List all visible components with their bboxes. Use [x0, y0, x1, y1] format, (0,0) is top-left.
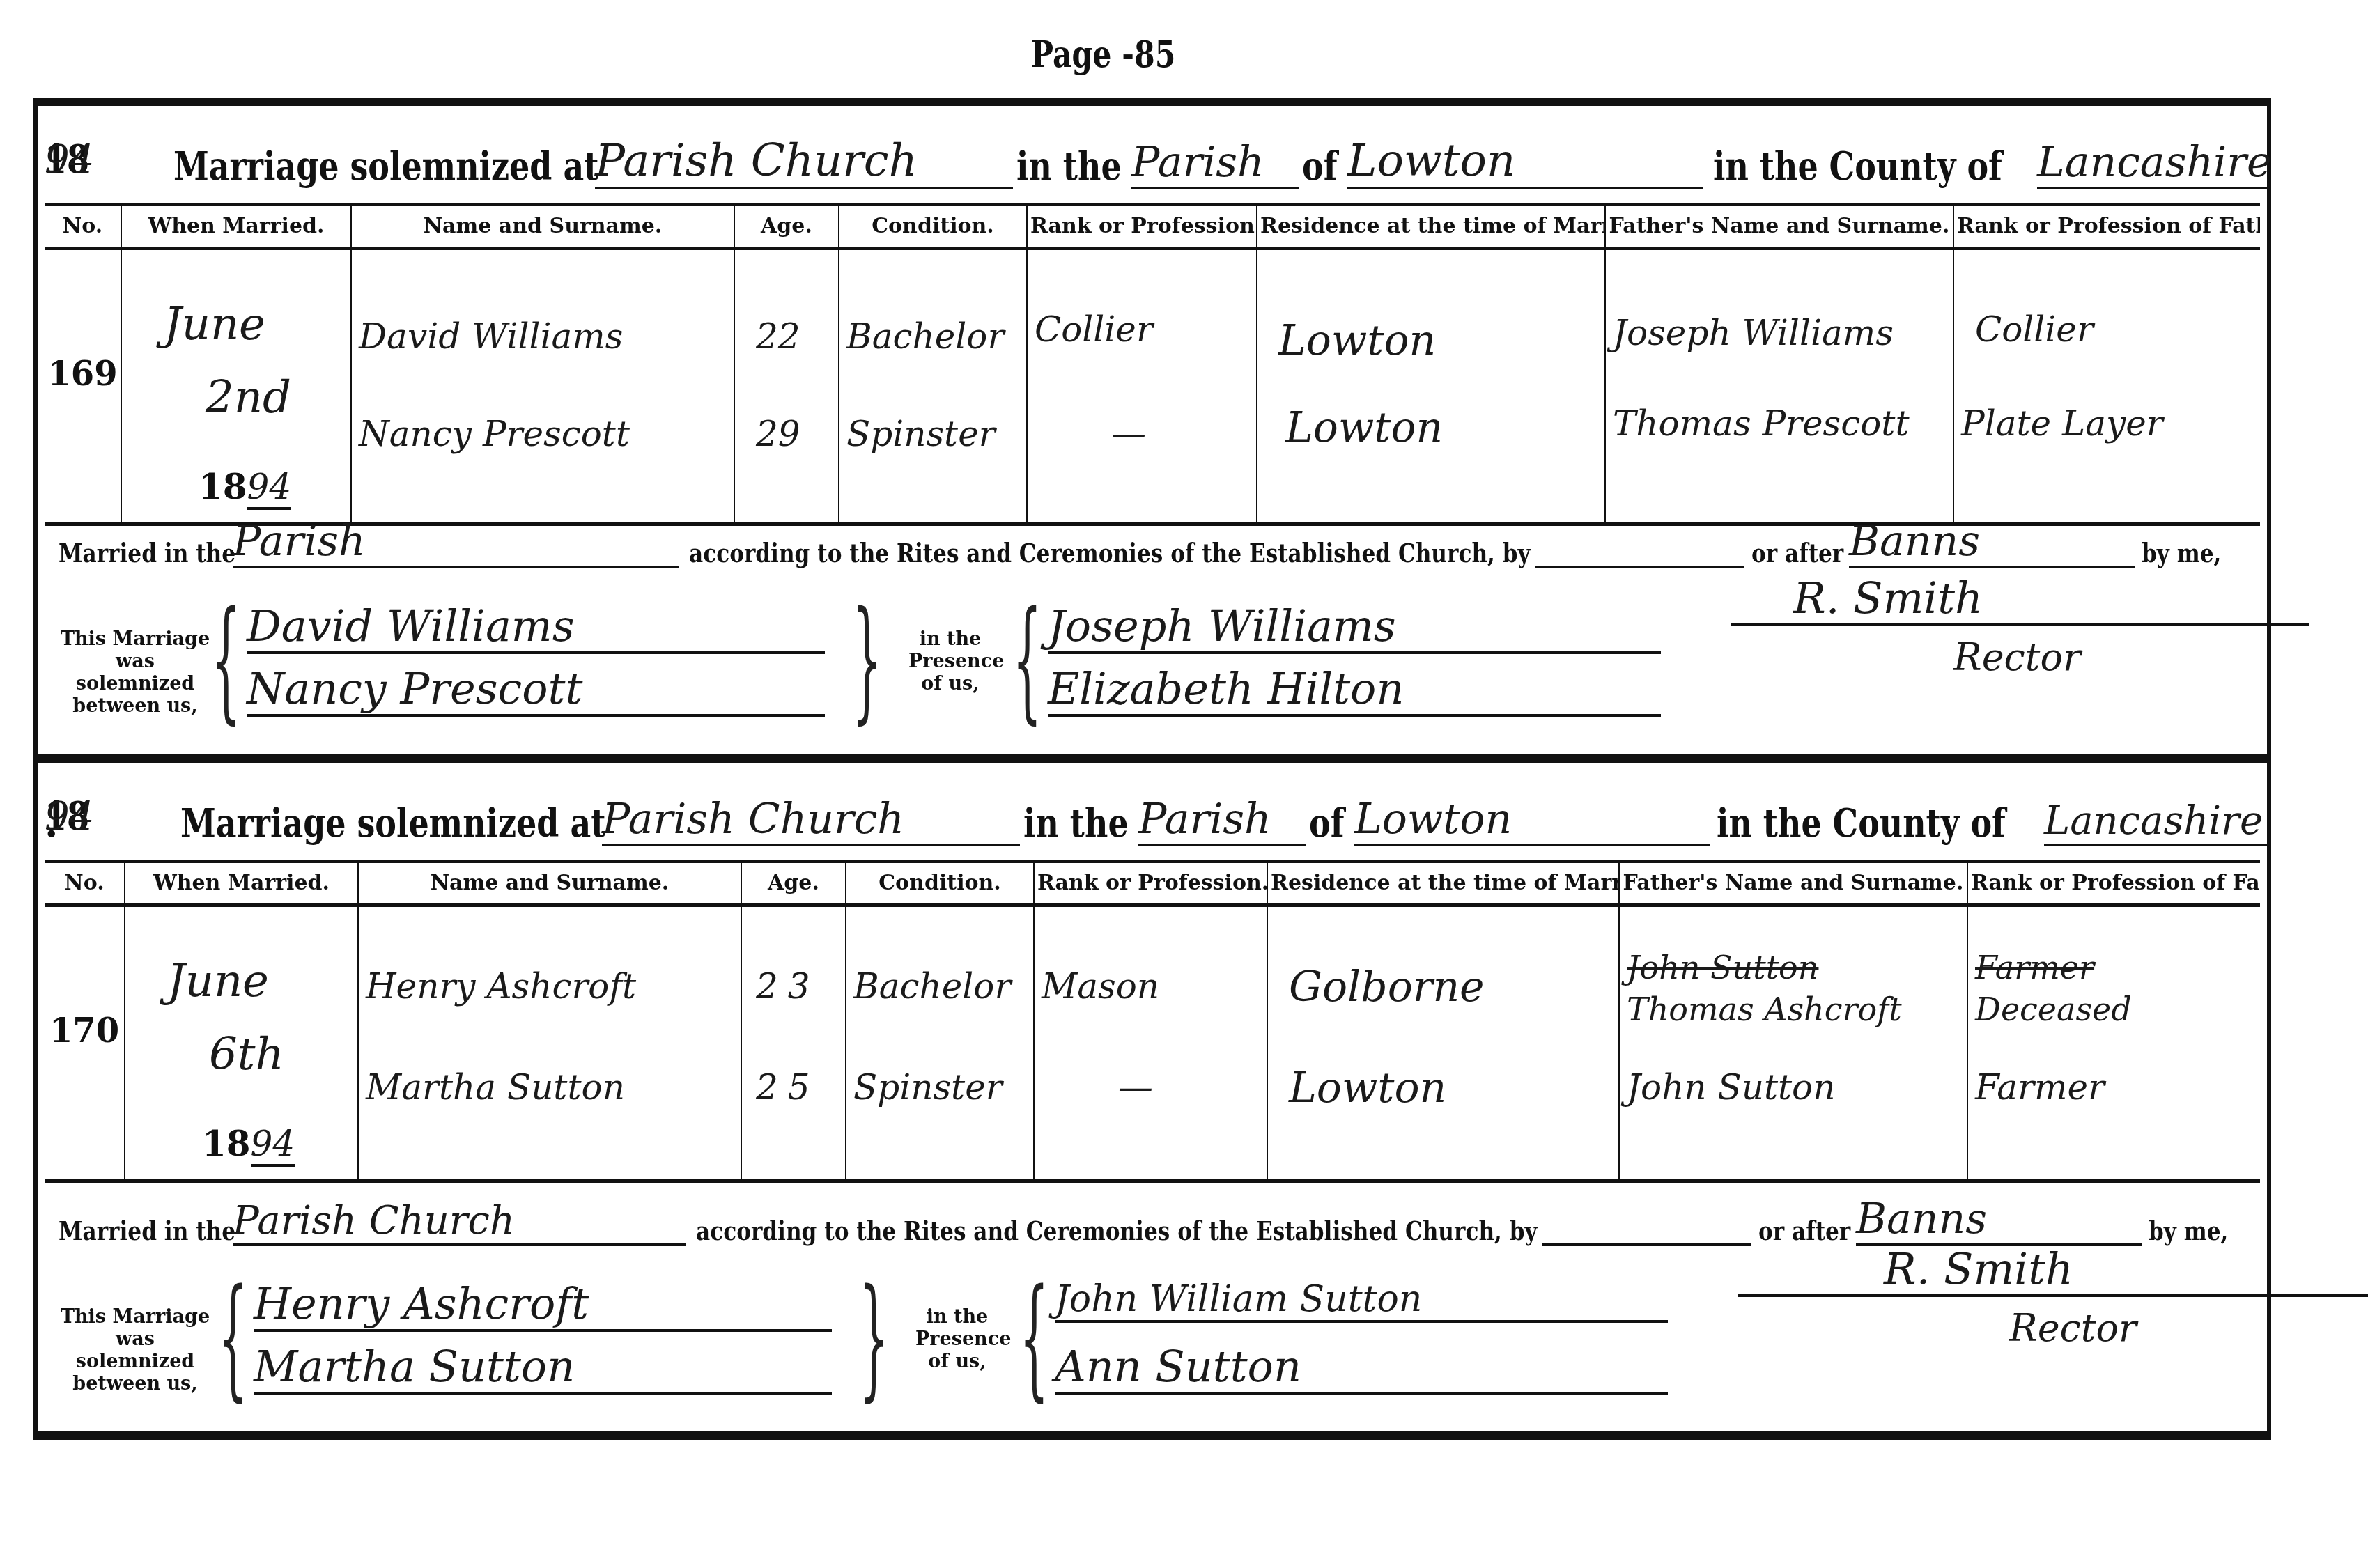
marriage-entry-170: 1894. Marriage solemnized at Parish Chur… [33, 756, 2271, 1440]
or-after-label: or after [1751, 537, 1843, 568]
by-me-label: by me, [2142, 537, 2221, 568]
district-type-field: Parish [1138, 795, 1306, 846]
right-brace-icon: } [859, 1271, 888, 1404]
day: 6th [209, 1029, 284, 1080]
groom-profession: Mason [1042, 966, 1159, 1007]
cell-no: 170 [45, 906, 125, 1181]
left-brace-icon: { [218, 1271, 247, 1404]
county-label: in the County of [1717, 800, 2006, 846]
rites-label: according to the Rites and Ceremonies of… [696, 1215, 1538, 1246]
col-name: Name and Surname. [358, 862, 741, 906]
year-prefix: 18 [202, 1123, 251, 1164]
col-name: Name and Surname. [351, 205, 734, 249]
bride-condition: Spinster [853, 1067, 1003, 1108]
page-dash: - [1122, 33, 1134, 76]
col-residence: Residence at the time of Marriage. [1267, 862, 1619, 906]
cell-rank: Mason — [1034, 906, 1267, 1181]
left-brace-icon: { [211, 593, 240, 726]
officiant-signature: R. Smith [1738, 1243, 2368, 1297]
col-age: Age. [734, 205, 839, 249]
year: 1894 [199, 466, 291, 507]
married-in-field: Parish [233, 517, 679, 568]
groom-age: 23 [756, 966, 820, 1007]
col-condition: Condition. [839, 205, 1027, 249]
by-me-label: by me, [2149, 1215, 2228, 1246]
cell-father-rank: Collier Plate Layer [1953, 249, 2260, 525]
this-marriage-label: This Marriage was solemnized between us, [59, 628, 212, 717]
year-suffix: 94 [45, 794, 94, 839]
bride-signature: Martha Sutton [254, 1341, 832, 1395]
married-in-label: Married in the [59, 1215, 235, 1246]
right-brace-icon: } [852, 593, 881, 726]
cell-no: 169 [45, 249, 121, 525]
after-field: Banns [1856, 1195, 2142, 1246]
cell-condition: Bachelor Spinster [846, 906, 1034, 1181]
cell-father-name: Joseph Williams Thomas Prescott [1605, 249, 1953, 525]
cell-when-married: June 6th 1894 [125, 906, 358, 1181]
cell-ages: 22 29 [734, 249, 839, 525]
page-number: Page -85 [1031, 33, 1175, 76]
place-field: Parish Church [602, 795, 1020, 846]
year-suffix: 94 [251, 1124, 295, 1167]
rites-label: according to the Rites and Ceremonies of… [689, 537, 1531, 568]
groom-residence: Lowton [1278, 316, 1436, 365]
cell-residence: Lowton Lowton [1257, 249, 1605, 525]
witness-2-signature: Elizabeth Hilton [1048, 663, 1661, 717]
cell-condition: Bachelor Spinster [839, 249, 1027, 525]
bride-residence: Lowton [1289, 1064, 1446, 1112]
col-when-married: When Married. [121, 205, 351, 249]
year-suffix: 94 [247, 467, 292, 510]
witness-1-signature: Joseph Williams [1048, 600, 1661, 654]
table-row: 170 June 6th 1894 Henry Ashcroft Martha … [45, 906, 2260, 1181]
signature-block: This Marriage was solemnized between us,… [59, 587, 2246, 747]
bride-profession: — [1118, 1067, 1153, 1108]
bride-name: Nancy Prescott [359, 414, 630, 454]
groom-name: David Williams [359, 316, 623, 357]
cell-father-rank: Farmer Deceased Farmer [1967, 906, 2260, 1181]
month: June [164, 299, 265, 350]
groom-profession: Collier [1035, 309, 1153, 350]
officiant-title: Rector [2009, 1306, 2137, 1350]
month: June [167, 956, 269, 1007]
witness-1-signature: John William Sutton [1055, 1278, 1668, 1323]
column-headers: No. When Married. Name and Surname. Age.… [45, 862, 2260, 906]
year: 1894 [202, 1123, 295, 1164]
this-marriage-label: This Marriage was solemnized between us, [59, 1306, 212, 1395]
year-prefix: 18 [199, 466, 247, 507]
presence-label: in the Presence of us, [915, 1306, 999, 1373]
cell-residence: Golborne Lowton [1267, 906, 1619, 1181]
col-father-rank: Rank or Profession of Father. [1953, 205, 2260, 249]
bride-age: 29 [756, 414, 800, 454]
bride-condition: Spinster [846, 414, 996, 454]
bride-profession: — [1111, 414, 1146, 454]
groom-signature: David Williams [247, 600, 825, 654]
cell-ages: 23 25 [741, 906, 846, 1181]
groom-father-profession-struck: Farmer [1975, 949, 2094, 986]
marriage-entry-169: 1894 Marriage solemnized at Parish Churc… [33, 98, 2271, 761]
bride-father-name: John Sutton [1627, 1067, 1835, 1108]
groom-residence: Golborne [1289, 963, 1485, 1011]
married-in-line: Married in the Parish Church according t… [59, 1195, 2246, 1250]
col-rank: Rank or Profession. [1027, 205, 1257, 249]
col-father-name: Father's Name and Surname. [1619, 862, 1967, 906]
witness-2-signature: Ann Sutton [1055, 1341, 1668, 1395]
district-type-field: Parish [1131, 138, 1299, 189]
parish-field: Lowton [1347, 135, 1703, 189]
groom-age: 22 [756, 316, 800, 357]
bride-name: Martha Sutton [366, 1067, 625, 1108]
by-field [1542, 1216, 1751, 1246]
presence-brace-icon: { [1012, 593, 1042, 726]
register-table: No. When Married. Name and Surname. Age.… [45, 203, 2260, 526]
cell-names: David Williams Nancy Prescott [351, 249, 734, 525]
year-suffix: 94 [45, 137, 94, 183]
of-label: of [1309, 800, 1344, 846]
parish-field: Lowton [1354, 795, 1710, 846]
table-row: 169 June 2nd 1894 David Williams Nancy P… [45, 249, 2260, 525]
page-number-value: 85 [1134, 33, 1175, 76]
county-field: Lancashire [2044, 798, 2267, 846]
col-father-rank: Rank or Profession of Father. [1967, 862, 2260, 906]
officiant-title: Rector [1953, 635, 2081, 679]
bride-father-name: Thomas Prescott [1613, 403, 1910, 444]
groom-signature: Henry Ashcroft [254, 1278, 832, 1332]
bride-father-profession: Plate Layer [1961, 403, 2163, 444]
place-field: Parish Church [595, 135, 1013, 189]
col-when-married: When Married. [125, 862, 358, 906]
groom-father-name-struck: John Sutton [1627, 949, 1818, 986]
county-field: Lancashire [2037, 138, 2267, 189]
cell-father-name: John Sutton Thomas Ashcroft John Sutton [1619, 906, 1967, 1181]
col-rank: Rank or Profession. [1034, 862, 1267, 906]
col-age: Age. [741, 862, 846, 906]
married-in-line: Married in the Parish according to the R… [59, 517, 2246, 573]
of-label: of [1302, 143, 1337, 189]
bride-residence: Lowton [1285, 403, 1443, 452]
married-in-label: Married in the [59, 537, 235, 568]
cell-when-married: June 2nd 1894 [121, 249, 351, 525]
column-headers: No. When Married. Name and Surname. Age.… [45, 205, 2260, 249]
bride-signature: Nancy Prescott [247, 663, 825, 717]
presence-brace-icon: { [1019, 1271, 1048, 1404]
entry-headline: 1894. Marriage solemnized at Parish Chur… [45, 784, 2260, 853]
page-label: Page [1031, 33, 1111, 76]
entry-number: 169 [45, 355, 121, 394]
bride-father-profession: Farmer [1975, 1067, 2105, 1108]
signature-block: This Marriage was solemnized between us,… [59, 1264, 2246, 1425]
entry-number: 170 [45, 1011, 124, 1050]
by-field [1535, 538, 1744, 568]
groom-condition: Bachelor [846, 316, 1004, 357]
county-label: in the County of [1713, 143, 2002, 189]
presence-label: in the Presence of us, [908, 628, 992, 695]
entry-headline: 1894 Marriage solemnized at Parish Churc… [45, 127, 2260, 196]
col-residence: Residence at the time of Marriage. [1257, 205, 1605, 249]
solemnized-at-label: Marriage solemnized at [180, 800, 605, 846]
after-field: Banns [1849, 517, 2135, 568]
groom-name: Henry Ashcroft [366, 966, 636, 1007]
cell-rank: Collier — [1027, 249, 1257, 525]
groom-father-profession: Collier [1975, 309, 2094, 350]
or-after-label: or after [1758, 1215, 1850, 1246]
officiant-signature: R. Smith [1731, 573, 2309, 626]
in-the-label: in the [1023, 800, 1129, 846]
groom-father-name: Thomas Ashcroft [1627, 991, 1902, 1028]
in-the-label: in the [1016, 143, 1122, 189]
bride-age: 25 [756, 1067, 820, 1108]
married-in-field: Parish Church [233, 1198, 686, 1246]
cell-names: Henry Ashcroft Martha Sutton [358, 906, 741, 1181]
groom-father-name: Joseph Williams [1613, 313, 1894, 353]
day: 2nd [206, 372, 291, 424]
solemnized-at-label: Marriage solemnized at [173, 143, 598, 189]
groom-condition: Bachelor [853, 966, 1011, 1007]
col-no: No. [45, 862, 125, 906]
year-field: 1894. [45, 800, 59, 846]
col-condition: Condition. [846, 862, 1034, 906]
register-table: No. When Married. Name and Surname. Age.… [45, 860, 2260, 1183]
col-father-name: Father's Name and Surname. [1605, 205, 1953, 249]
col-no: No. [45, 205, 121, 249]
groom-father-profession: Deceased [1975, 991, 2132, 1028]
